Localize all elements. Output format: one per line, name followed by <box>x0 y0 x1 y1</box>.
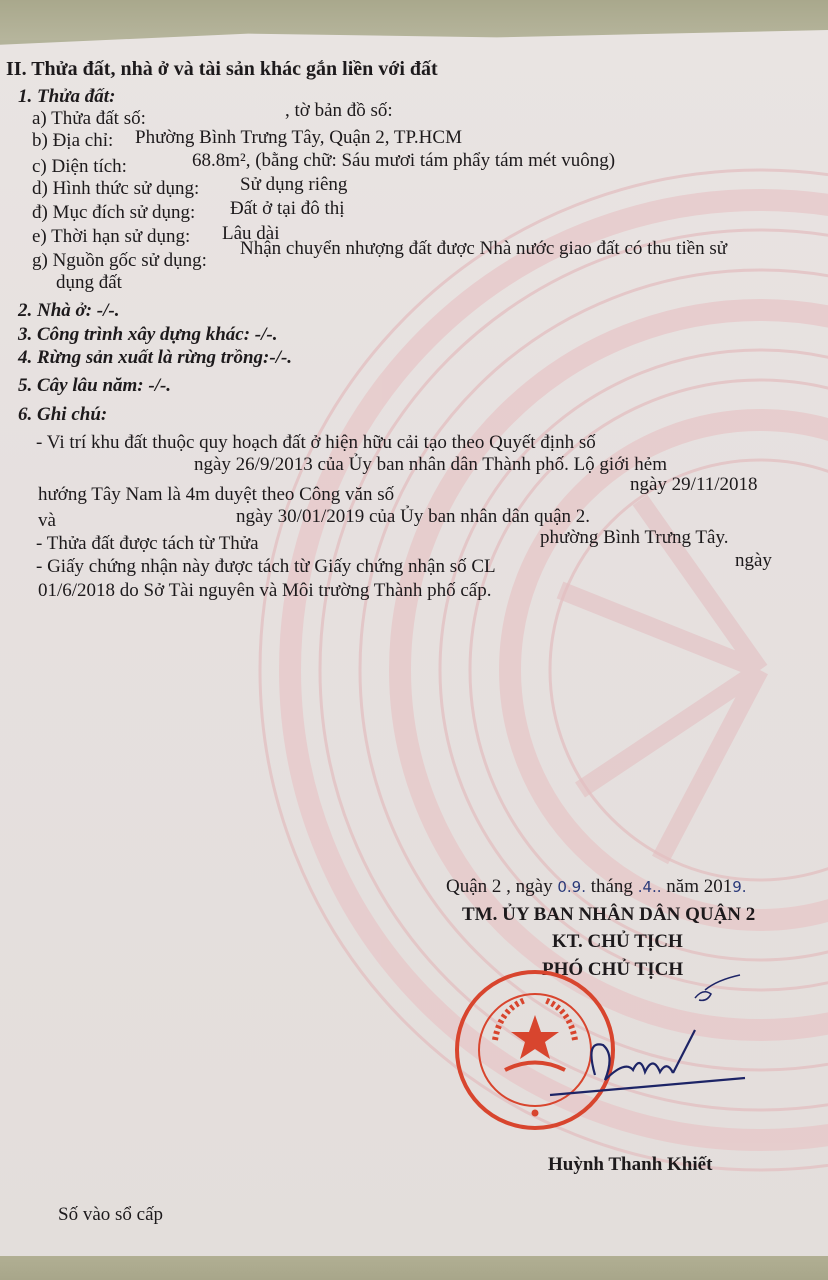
note-line-4b: ngày 30/01/2019 của Ủy ban nhân dân quận… <box>236 506 590 528</box>
forest-item: 4. Rừng sản xuất là rừng trồng:-/-. <box>18 347 292 369</box>
use-form-value: Sử dụng riêng <box>240 174 347 196</box>
house-item: 2. Nhà ở: -/-. <box>18 300 120 322</box>
origin-label: g) Nguồn gốc sử dụng: <box>32 250 207 272</box>
handwritten-year-suffix: 9. <box>732 878 746 896</box>
red-seal-stamp-icon <box>457 972 613 1128</box>
note-line-4a: và <box>38 510 56 532</box>
parcel-number-label: a) Thửa đất số: <box>32 108 146 130</box>
note-line-5a: - Thửa đất được tách từ Thửa <box>36 533 259 555</box>
address-value: Phường Bình Trưng Tây, Quận 2, TP.HCM <box>135 127 462 149</box>
other-works-item: 3. Công trình xây dựng khác: -/-. <box>18 324 277 346</box>
note-line-1: - Vi trí khu đất thuộc quy hoạch đất ở h… <box>36 432 596 454</box>
note-line-6a: - Giấy chứng nhận này được tách từ Giấy … <box>36 556 496 578</box>
signing-authority: KT. CHỦ TỊCH <box>552 931 683 953</box>
land-parcel-heading: 1. Thửa đất: <box>18 86 115 108</box>
registry-number-label: Số vào sổ cấp <box>58 1204 163 1226</box>
place-date-prefix: Quận 2 , ngày <box>446 876 553 897</box>
area-value: 68.8m², (bằng chữ: Sáu mươi tám phẩy tám… <box>192 150 615 172</box>
perennial-item: 5. Cây lâu năm: -/-. <box>18 375 171 397</box>
purpose-value: Đất ở tại đô thị <box>230 198 345 220</box>
address-label: b) Địa chỉ: <box>32 130 113 152</box>
handwritten-day: 0.9. <box>557 878 586 896</box>
place-date-line: Quận 2 , ngày 0.9. tháng .4.. năm 2019. <box>446 876 747 898</box>
note-line-3b: ngày 29/11/2018 <box>630 474 758 496</box>
term-label: e) Thời hạn sử dụng: <box>32 226 190 248</box>
map-sheet-label: , tờ bản đồ số: <box>285 100 393 122</box>
signing-organization: TM. ỦY BAN NHÂN DÂN QUẬN 2 <box>462 904 755 926</box>
note-line-2: ngày 26/9/2013 của Ủy ban nhân dân Thành… <box>194 454 667 476</box>
purpose-label: đ) Mục đích sử dụng: <box>32 202 195 224</box>
use-form-label: d) Hình thức sử dụng: <box>32 178 199 200</box>
desk-background-bottom <box>0 1256 828 1280</box>
certificate-page: II. Thửa đất, nhà ở và tài sản khác gắn … <box>0 30 828 1258</box>
official-stamp-and-signature <box>455 960 755 1140</box>
notes-heading: 6. Ghi chú: <box>18 404 107 426</box>
note-line-7: 01/6/2018 do Sở Tài nguyên và Môi trường… <box>38 580 491 602</box>
handwritten-signature-icon <box>550 975 745 1095</box>
section-title: II. Thửa đất, nhà ở và tài sản khác gắn … <box>6 58 438 80</box>
origin-value-line2: dụng đất <box>56 272 122 294</box>
year-label: năm 201 <box>666 876 732 897</box>
month-label: tháng <box>591 876 633 897</box>
note-line-6b: ngày <box>735 550 772 572</box>
note-line-3a: hướng Tây Nam là 4m duyệt theo Công văn … <box>38 484 394 506</box>
origin-value-line1: Nhận chuyển nhượng đất được Nhà nước gia… <box>240 238 727 260</box>
signer-name: Huỳnh Thanh Khiết <box>548 1154 712 1176</box>
area-label: c) Diện tích: <box>32 156 127 178</box>
handwritten-month: .4.. <box>638 878 662 896</box>
note-line-5b: phường Bình Trưng Tây. <box>540 527 728 549</box>
